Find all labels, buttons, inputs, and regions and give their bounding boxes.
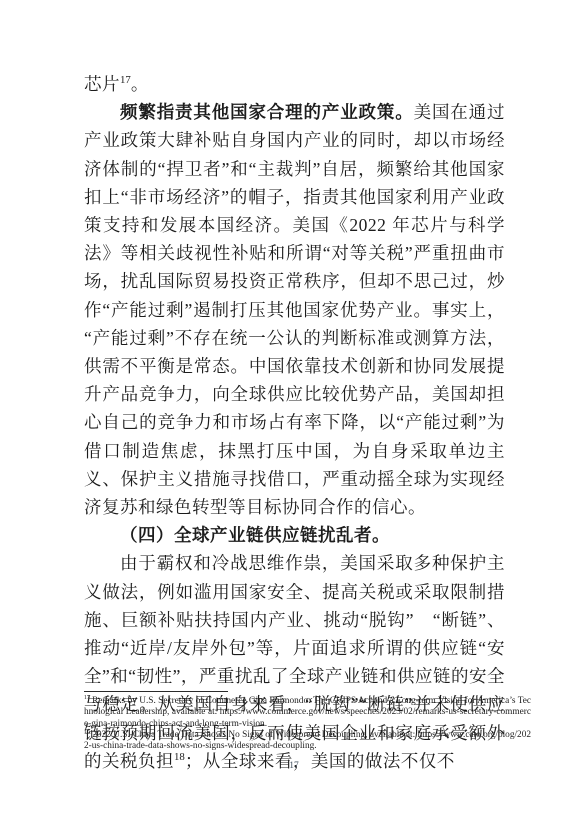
document-page: 芯片17。频繁指责其他国家合理的产业政策。美国在通过产业政策大肆补贴自身国内产业… (0, 0, 588, 833)
page-number: 17 (0, 761, 588, 771)
footnote-marker: 17 (84, 695, 90, 701)
text-segment: 。 (131, 74, 149, 94)
text-segment: 美国在通过产业政策大肆补贴自身国内产业的同时，却以市场经济体制的“捍卫者”和“主… (84, 102, 505, 517)
footnote-area: 17 Remarks by U.S. Secretary of Commerce… (84, 691, 531, 752)
footnote-text: Remarks by U.S. Secretary of Commerce Gi… (84, 696, 531, 729)
footnote-18: 18 2022 U.S.-China Trade Data Shows No S… (84, 730, 531, 753)
text-segment: 芯片 (84, 74, 120, 94)
footnote-ref: 17 (120, 74, 131, 86)
footnote-text: 2022 U.S.-China Trade Data Shows No Sign… (84, 730, 531, 751)
footnote-marker: 18 (84, 729, 90, 735)
paragraph: 芯片17。 (84, 70, 505, 98)
document-body: 芯片17。频繁指责其他国家合理的产业政策。美国在通过产业政策大肆补贴自身国内产业… (84, 70, 505, 775)
footnote-separator (84, 691, 228, 692)
section-heading: （四）全球产业链供应链扰乱者。 (84, 521, 505, 549)
footnote-17: 17 Remarks by U.S. Secretary of Commerce… (84, 696, 531, 730)
paragraph: 频繁指责其他国家合理的产业政策。美国在通过产业政策大肆补贴自身国内产业的同时，却… (84, 98, 505, 521)
text-segment: 频繁指责其他国家合理的产业政策。 (120, 102, 414, 122)
text-segment: （四）全球产业链供应链扰乱者。 (120, 525, 390, 545)
